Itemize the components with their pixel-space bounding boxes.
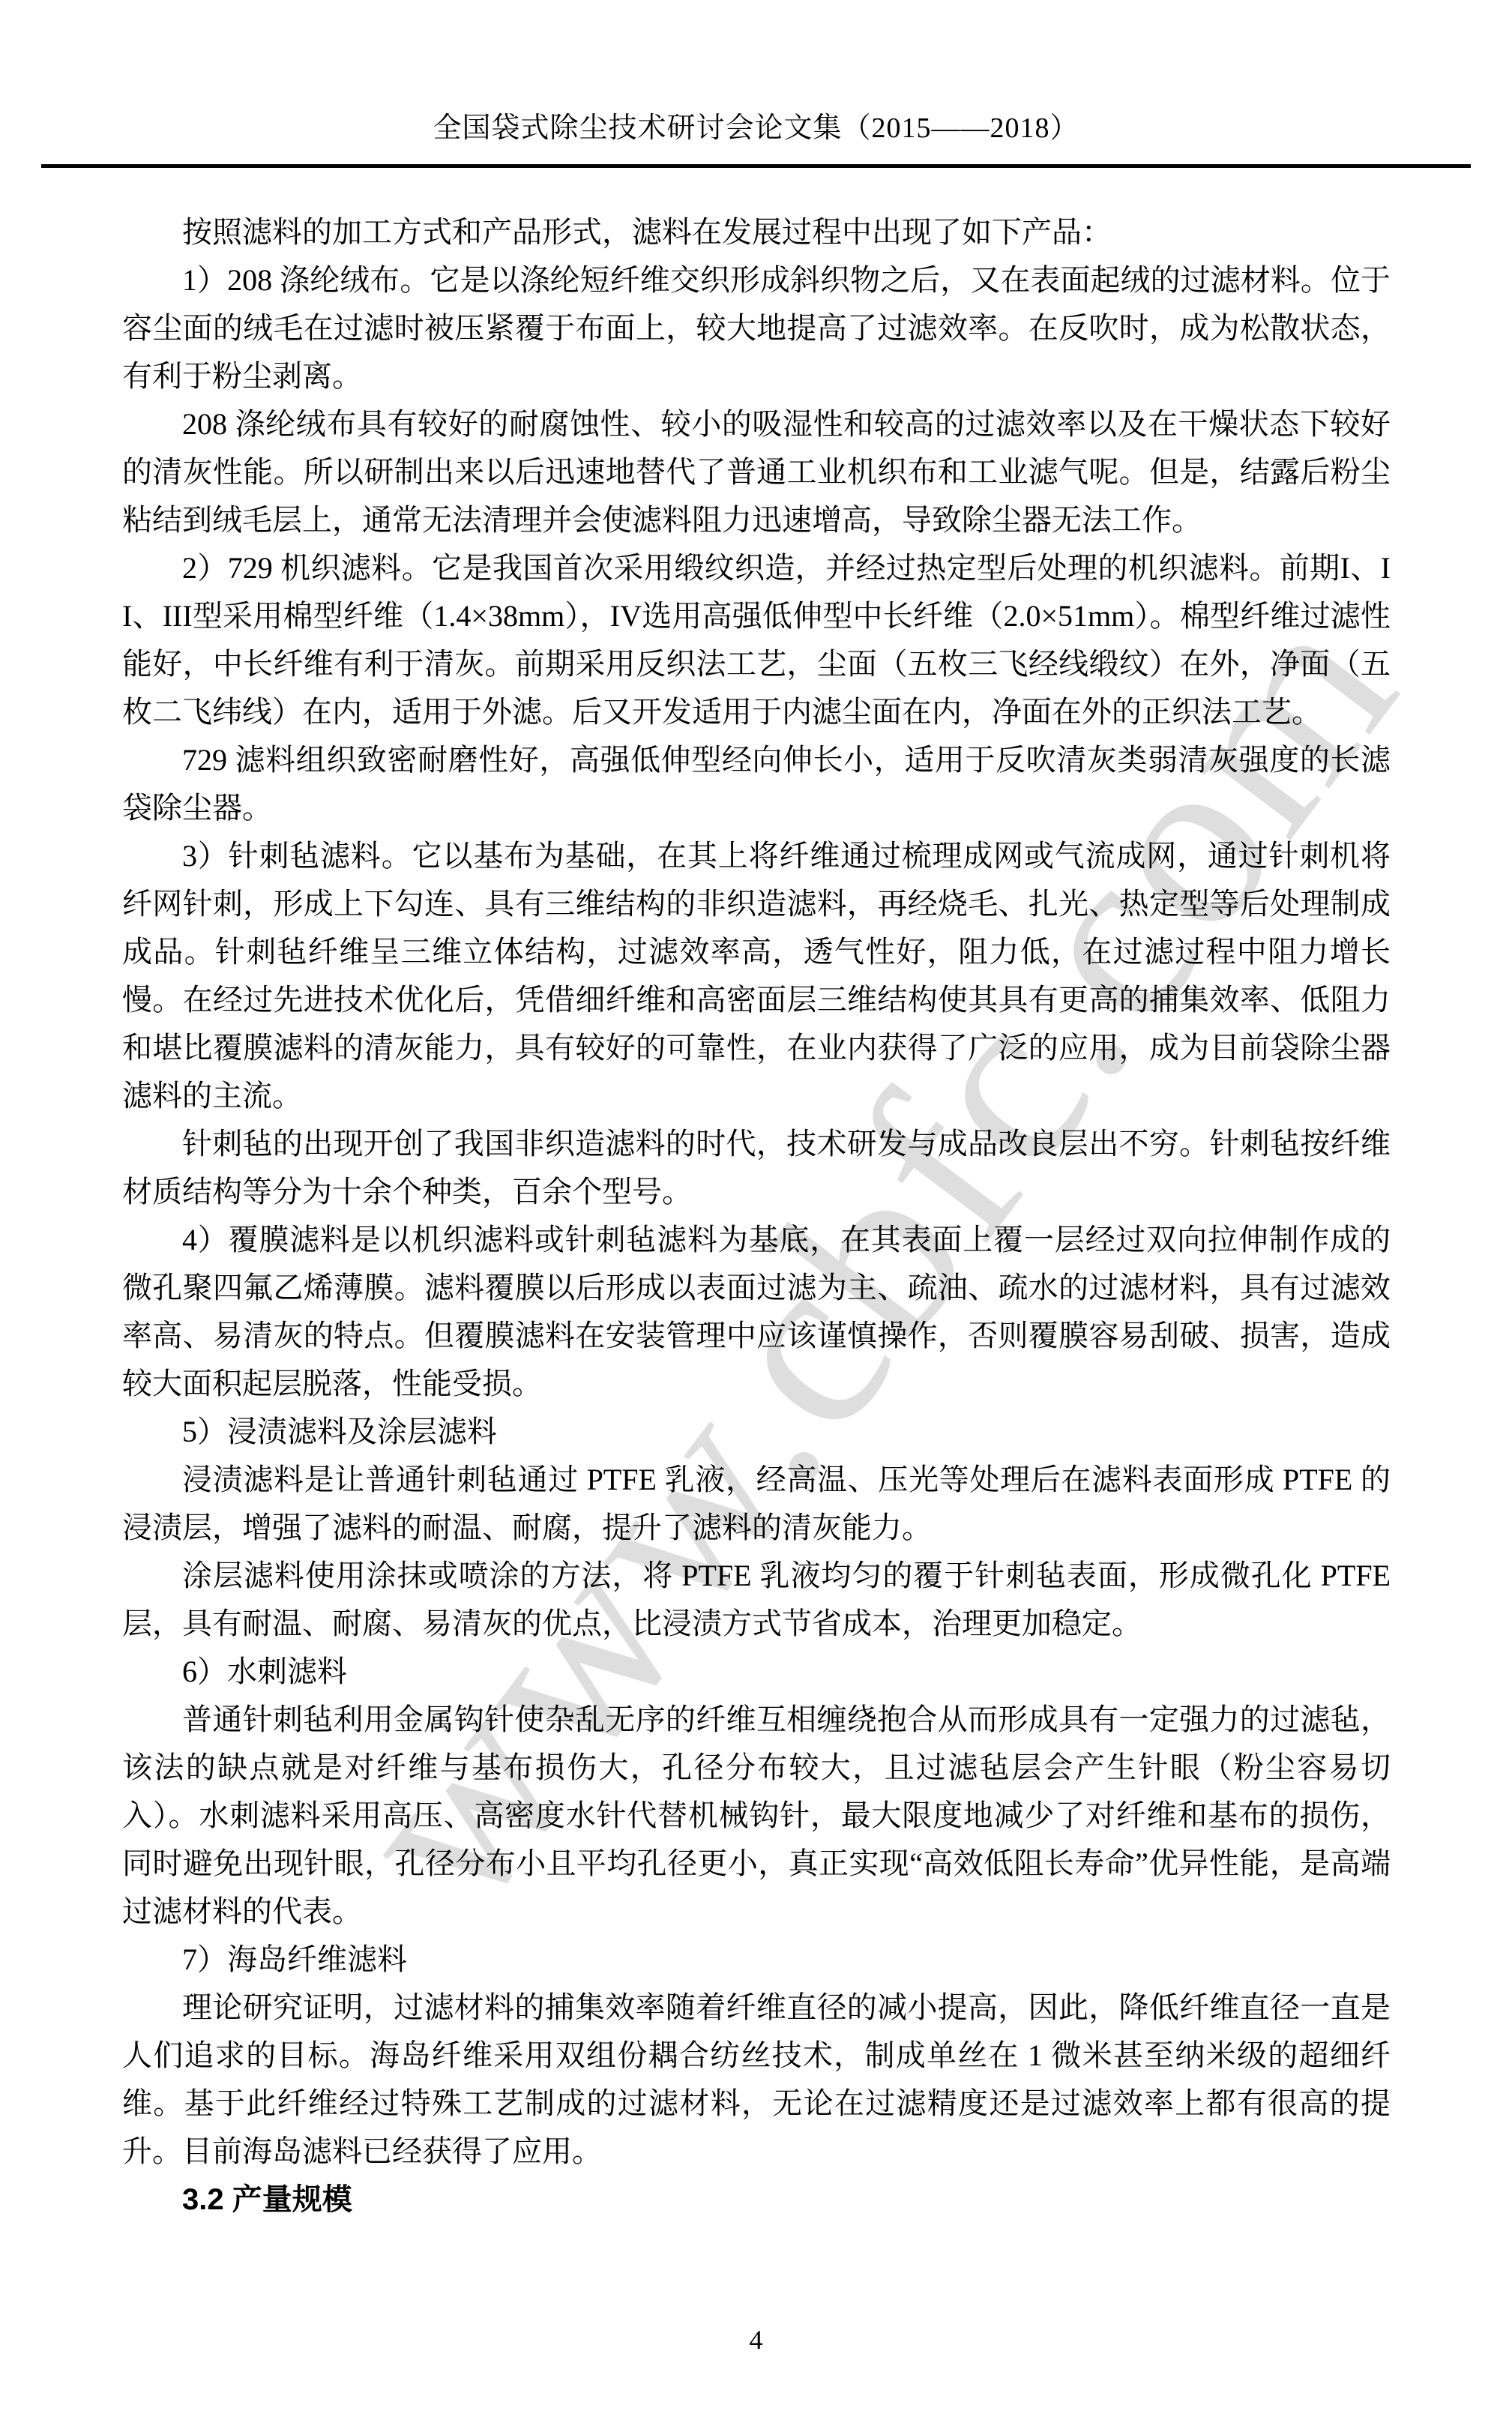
paragraph-729-detail: 729 滤料组织致密耐磨性好，高强低伸型经向伸长小，适用于反吹清灰类弱清灰强度的… [122,736,1391,832]
section-heading-3-2: 3.2 产量规模 [122,2176,1391,2224]
paragraph-item7-heading: 7）海岛纤维滤料 [122,1936,1391,1984]
page-number: 4 [0,2324,1512,2356]
paragraph-coated: 涂层滤料使用涂抹或喷涂的方法，将 PTFE 乳液均匀的覆于针刺毡表面，形成微孔化… [122,1552,1391,1648]
paragraph-impregnated: 浸渍滤料是让普通针刺毡通过 PTFE 乳液，经高温、压光等处理后在滤料表面形成 … [122,1456,1391,1552]
paragraph-item6-heading: 6）水刺滤料 [122,1648,1391,1696]
document-body: 按照滤料的加工方式和产品形式，滤料在发展过程中出现了如下产品： 1）208 涤纶… [122,208,1391,2224]
page-header-title: 全国袋式除尘技术研讨会论文集（2015——2018） [0,111,1512,145]
paragraph-spunlace: 普通针刺毡利用金属钩针使杂乱无序的纤维互相缠绕抱合从而形成具有一定强力的过滤毡，… [122,1696,1391,1936]
header-rule [41,164,1471,168]
paragraph-item2-729: 2）729 机织滤料。它是我国首次采用缎纹织造，并经过热定型后处理的机织滤料。前… [122,544,1391,736]
paragraph-needle-felt-detail: 针刺毡的出现开创了我国非织造滤料的时代，技术研发与成品改良层出不穷。针刺毡按纤维… [122,1120,1391,1216]
document-page: 全国袋式除尘技术研讨会论文集（2015——2018） www.cbfc.com … [0,0,1512,2417]
paragraph-sea-island: 理论研究证明，过滤材料的捕集效率随着纤维直径的减小提高，因此，降低纤维直径一直是… [122,1984,1391,2176]
paragraph-item3-needle-felt: 3）针刺毡滤料。它以基布为基础，在其上将纤维通过梳理成网或气流成网，通过针刺机将… [122,832,1391,1120]
paragraph-208-detail: 208 涤纶绒布具有较好的耐腐蚀性、较小的吸湿性和较高的过滤效率以及在干燥状态下… [122,400,1391,544]
paragraph-item1-208: 1）208 涤纶绒布。它是以涤纶短纤维交织形成斜织物之后，又在表面起绒的过滤材料… [122,256,1391,400]
paragraph-intro: 按照滤料的加工方式和产品形式，滤料在发展过程中出现了如下产品： [122,208,1391,256]
paragraph-item4-membrane: 4）覆膜滤料是以机织滤料或针刺毡滤料为基底，在其表面上覆一层经过双向拉伸制作成的… [122,1216,1391,1408]
paragraph-item5-heading: 5）浸渍滤料及涂层滤料 [122,1408,1391,1456]
